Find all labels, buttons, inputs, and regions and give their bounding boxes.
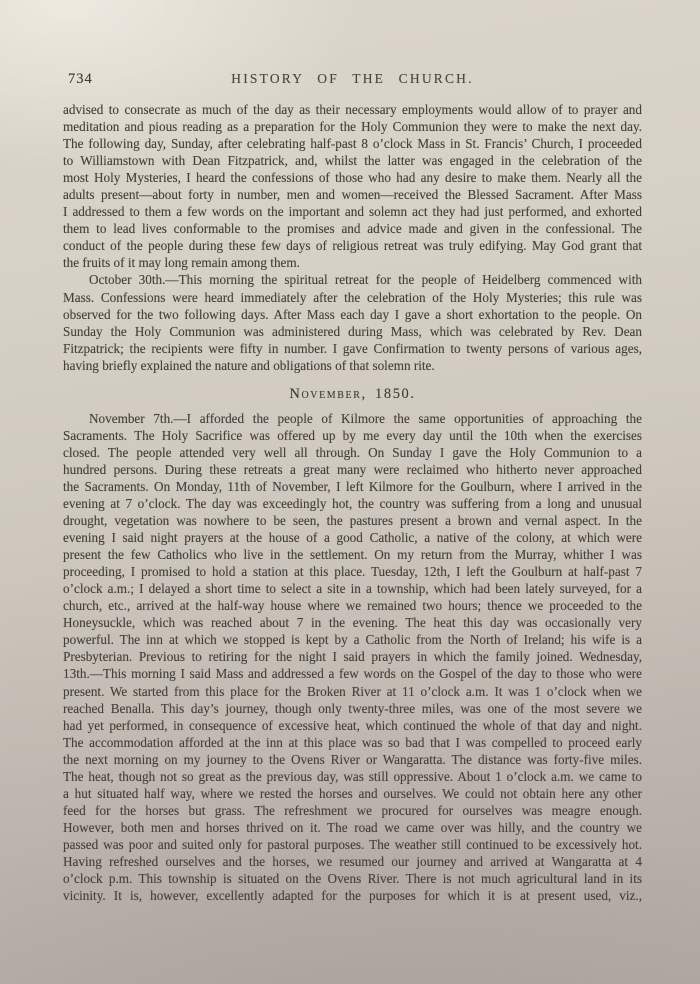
text-line: The heat, though not so great as the pre… bbox=[63, 768, 642, 785]
section-heading: November, 1850. bbox=[63, 386, 642, 403]
text-line: them to lead lives conformable to the pr… bbox=[63, 220, 642, 237]
text-line: had yet performed, in consequence of exc… bbox=[63, 717, 642, 734]
text-line: most Holy Mysteries, I heard the confess… bbox=[63, 169, 642, 186]
text-line: October 30th.—This morning the spiritual… bbox=[63, 271, 642, 288]
text-line: Presbyterian. Previous to retiring for t… bbox=[63, 648, 642, 665]
text-line: o’clock a.m.; I delayed a short time to … bbox=[63, 580, 642, 597]
page-body: advised to consecrate as much of the day… bbox=[63, 101, 642, 904]
text-line: Fitzpatrick; the recipients were fifty i… bbox=[63, 340, 642, 357]
text-line: drought, vegetation was nowhere to be se… bbox=[63, 512, 642, 529]
text-line: meditation and pious reading as a prepar… bbox=[63, 118, 642, 135]
text-line: However, both men and horses thrived on … bbox=[63, 819, 642, 836]
text-line: 13th.—This morning I said Mass and addre… bbox=[63, 665, 642, 682]
text-line: to Williamstown with Dean Fitzpatrick, a… bbox=[63, 152, 642, 169]
text-line: Having refreshed ourselves and the horse… bbox=[63, 853, 642, 870]
text-line: The accommodation afforded at the inn at… bbox=[63, 734, 642, 751]
text-line: church, etc., arrived at the half-way ho… bbox=[63, 597, 642, 614]
text-line: proceeding, I promised to hold a station… bbox=[63, 563, 642, 580]
text-line: observed for the two following days. Aft… bbox=[63, 306, 642, 323]
running-header: HISTORY OF THE CHURCH. bbox=[63, 71, 642, 87]
text-line: The following day, Sunday, after celebra… bbox=[63, 135, 642, 152]
text-line: I addressed to them a few words on the i… bbox=[63, 203, 642, 220]
text-line: the fruits of it may long remain among t… bbox=[63, 254, 642, 271]
text-line: reached Benalla. This day’s journey, tho… bbox=[63, 700, 642, 717]
page-header: 734 HISTORY OF THE CHURCH. bbox=[63, 71, 642, 89]
book-page: 734 HISTORY OF THE CHURCH. advised to co… bbox=[0, 0, 700, 984]
text-line: Honeysuckle, which was reached about 7 i… bbox=[63, 614, 642, 631]
text-line: hundred persons. During these retreats a… bbox=[63, 461, 642, 478]
text-line: passed was poor and suited only for past… bbox=[63, 836, 642, 853]
text-line: present the few Catholics who live in th… bbox=[63, 546, 642, 563]
text-line: closed. The people attended very well al… bbox=[63, 444, 642, 461]
text-line: a hut situated half way, where we rested… bbox=[63, 785, 642, 802]
text-line: November 7th.—I afforded the people of K… bbox=[63, 410, 642, 427]
text-line: feed for the horses but grass. The refre… bbox=[63, 802, 642, 819]
text-line: adults present—about forty in number, me… bbox=[63, 186, 642, 203]
text-line: conduct of the people during these few d… bbox=[63, 237, 642, 254]
text-line: evening I said night prayers at the hous… bbox=[63, 529, 642, 546]
text-line: the Sacraments. On Monday, 11th of Novem… bbox=[63, 478, 642, 495]
text-line: evening at 7 o’clock. The day was exceed… bbox=[63, 495, 642, 512]
text-line: vicinity. It is, however, excellently ad… bbox=[63, 887, 642, 904]
text-line: the next morning on my journey to the Ov… bbox=[63, 751, 642, 768]
text-line: Mass. Confessions were heard immediately… bbox=[63, 289, 642, 306]
text-line: having briefly explained the nature and … bbox=[63, 357, 642, 374]
text-line: present. We started from this place for … bbox=[63, 683, 642, 700]
text-line: o’clock p.m. This township is situated o… bbox=[63, 870, 642, 887]
text-line: Sacraments. The Holy Sacrifice was offer… bbox=[63, 427, 642, 444]
text-line: Sunday the Holy Communion was administer… bbox=[63, 323, 642, 340]
text-line: advised to consecrate as much of the day… bbox=[63, 101, 642, 118]
text-line: powerful. The inn at which we stopped is… bbox=[63, 631, 642, 648]
